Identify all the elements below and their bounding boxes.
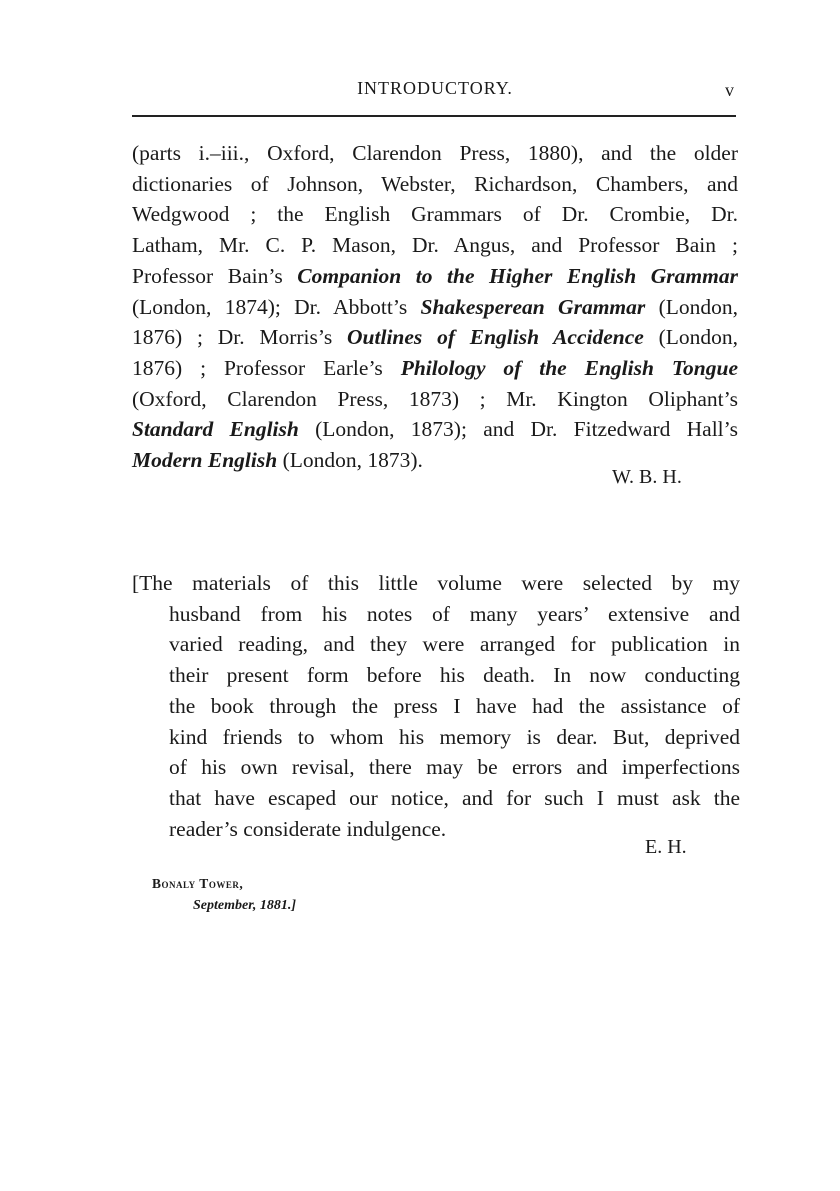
text-line: 1876) ; Dr. Morris’s Outlines of English… xyxy=(132,322,738,353)
text-line: dictionaries of Johnson, Webster, Richar… xyxy=(132,169,738,200)
text-line: Professor Bain’s Companion to the Higher… xyxy=(132,261,738,292)
text-line: that have escaped our notice, and for su… xyxy=(132,783,740,814)
text-line: Standard English (London, 1873); and Dr.… xyxy=(132,414,738,445)
header-rule xyxy=(132,115,736,117)
book-title: Philology of the English Tongue xyxy=(401,356,738,380)
text-line: (parts i.–iii., Oxford, Clarendon Press,… xyxy=(132,138,738,169)
text-line: Latham, Mr. C. P. Mason, Dr. Angus, and … xyxy=(132,230,738,261)
book-title: Outlines of English Accidence xyxy=(347,325,644,349)
book-title: Standard English xyxy=(132,417,299,441)
text-run: 1876) ; Dr. Morris’s xyxy=(132,325,347,349)
text-run: (London, 1873); and Dr. Fitzedward Hall’… xyxy=(299,417,738,441)
dateline-place: Bonaly Tower, xyxy=(152,876,243,892)
text-line: 1876) ; Professor Earle’s Philology of t… xyxy=(132,353,738,384)
text-run: 1876) ; Professor Earle’s xyxy=(132,356,401,380)
text-run: (London, xyxy=(644,325,738,349)
paragraph-editor-note: [The materials of this little volume wer… xyxy=(132,568,740,844)
running-head: INTRODUCTORY. xyxy=(132,78,738,99)
text-line: Wedgwood ; the English Grammars of Dr. C… xyxy=(132,199,738,230)
signature-eh: E. H. xyxy=(645,836,687,859)
paragraph-bibliography: (parts i.–iii., Oxford, Clarendon Press,… xyxy=(132,138,738,476)
text-run: (London, xyxy=(645,295,738,319)
book-title: Modern English xyxy=(132,448,277,472)
text-line: (Oxford, Clarendon Press, 1873) ; Mr. Ki… xyxy=(132,384,738,415)
text-run: (London, 1874); Dr. Abbott’s xyxy=(132,295,421,319)
book-title: Shakesperean Grammar xyxy=(421,295,646,319)
text-run: Professor Bain’s xyxy=(132,264,297,288)
text-line: [The materials of this little volume wer… xyxy=(132,568,740,599)
dateline-date: September, 1881.] xyxy=(193,898,296,914)
signature-wbh: W. B. H. xyxy=(612,466,682,489)
page-number: v xyxy=(725,80,734,101)
book-title: Companion to the Higher English Grammar xyxy=(297,264,738,288)
text-run: (London, 1873). xyxy=(277,448,423,472)
text-line: husband from his notes of many years’ ex… xyxy=(132,599,740,630)
page-header: INTRODUCTORY. v xyxy=(132,78,738,102)
text-line: varied reading, and they were arranged f… xyxy=(132,629,740,660)
text-line: their present form before his death. In … xyxy=(132,660,740,691)
text-line: kind friends to whom his memory is dear.… xyxy=(132,722,740,753)
text-line: the book through the press I have had th… xyxy=(132,691,740,722)
text-line: (London, 1874); Dr. Abbott’s Shakesperea… xyxy=(132,292,738,323)
text-line: of his own revisal, there may be errors … xyxy=(132,752,740,783)
